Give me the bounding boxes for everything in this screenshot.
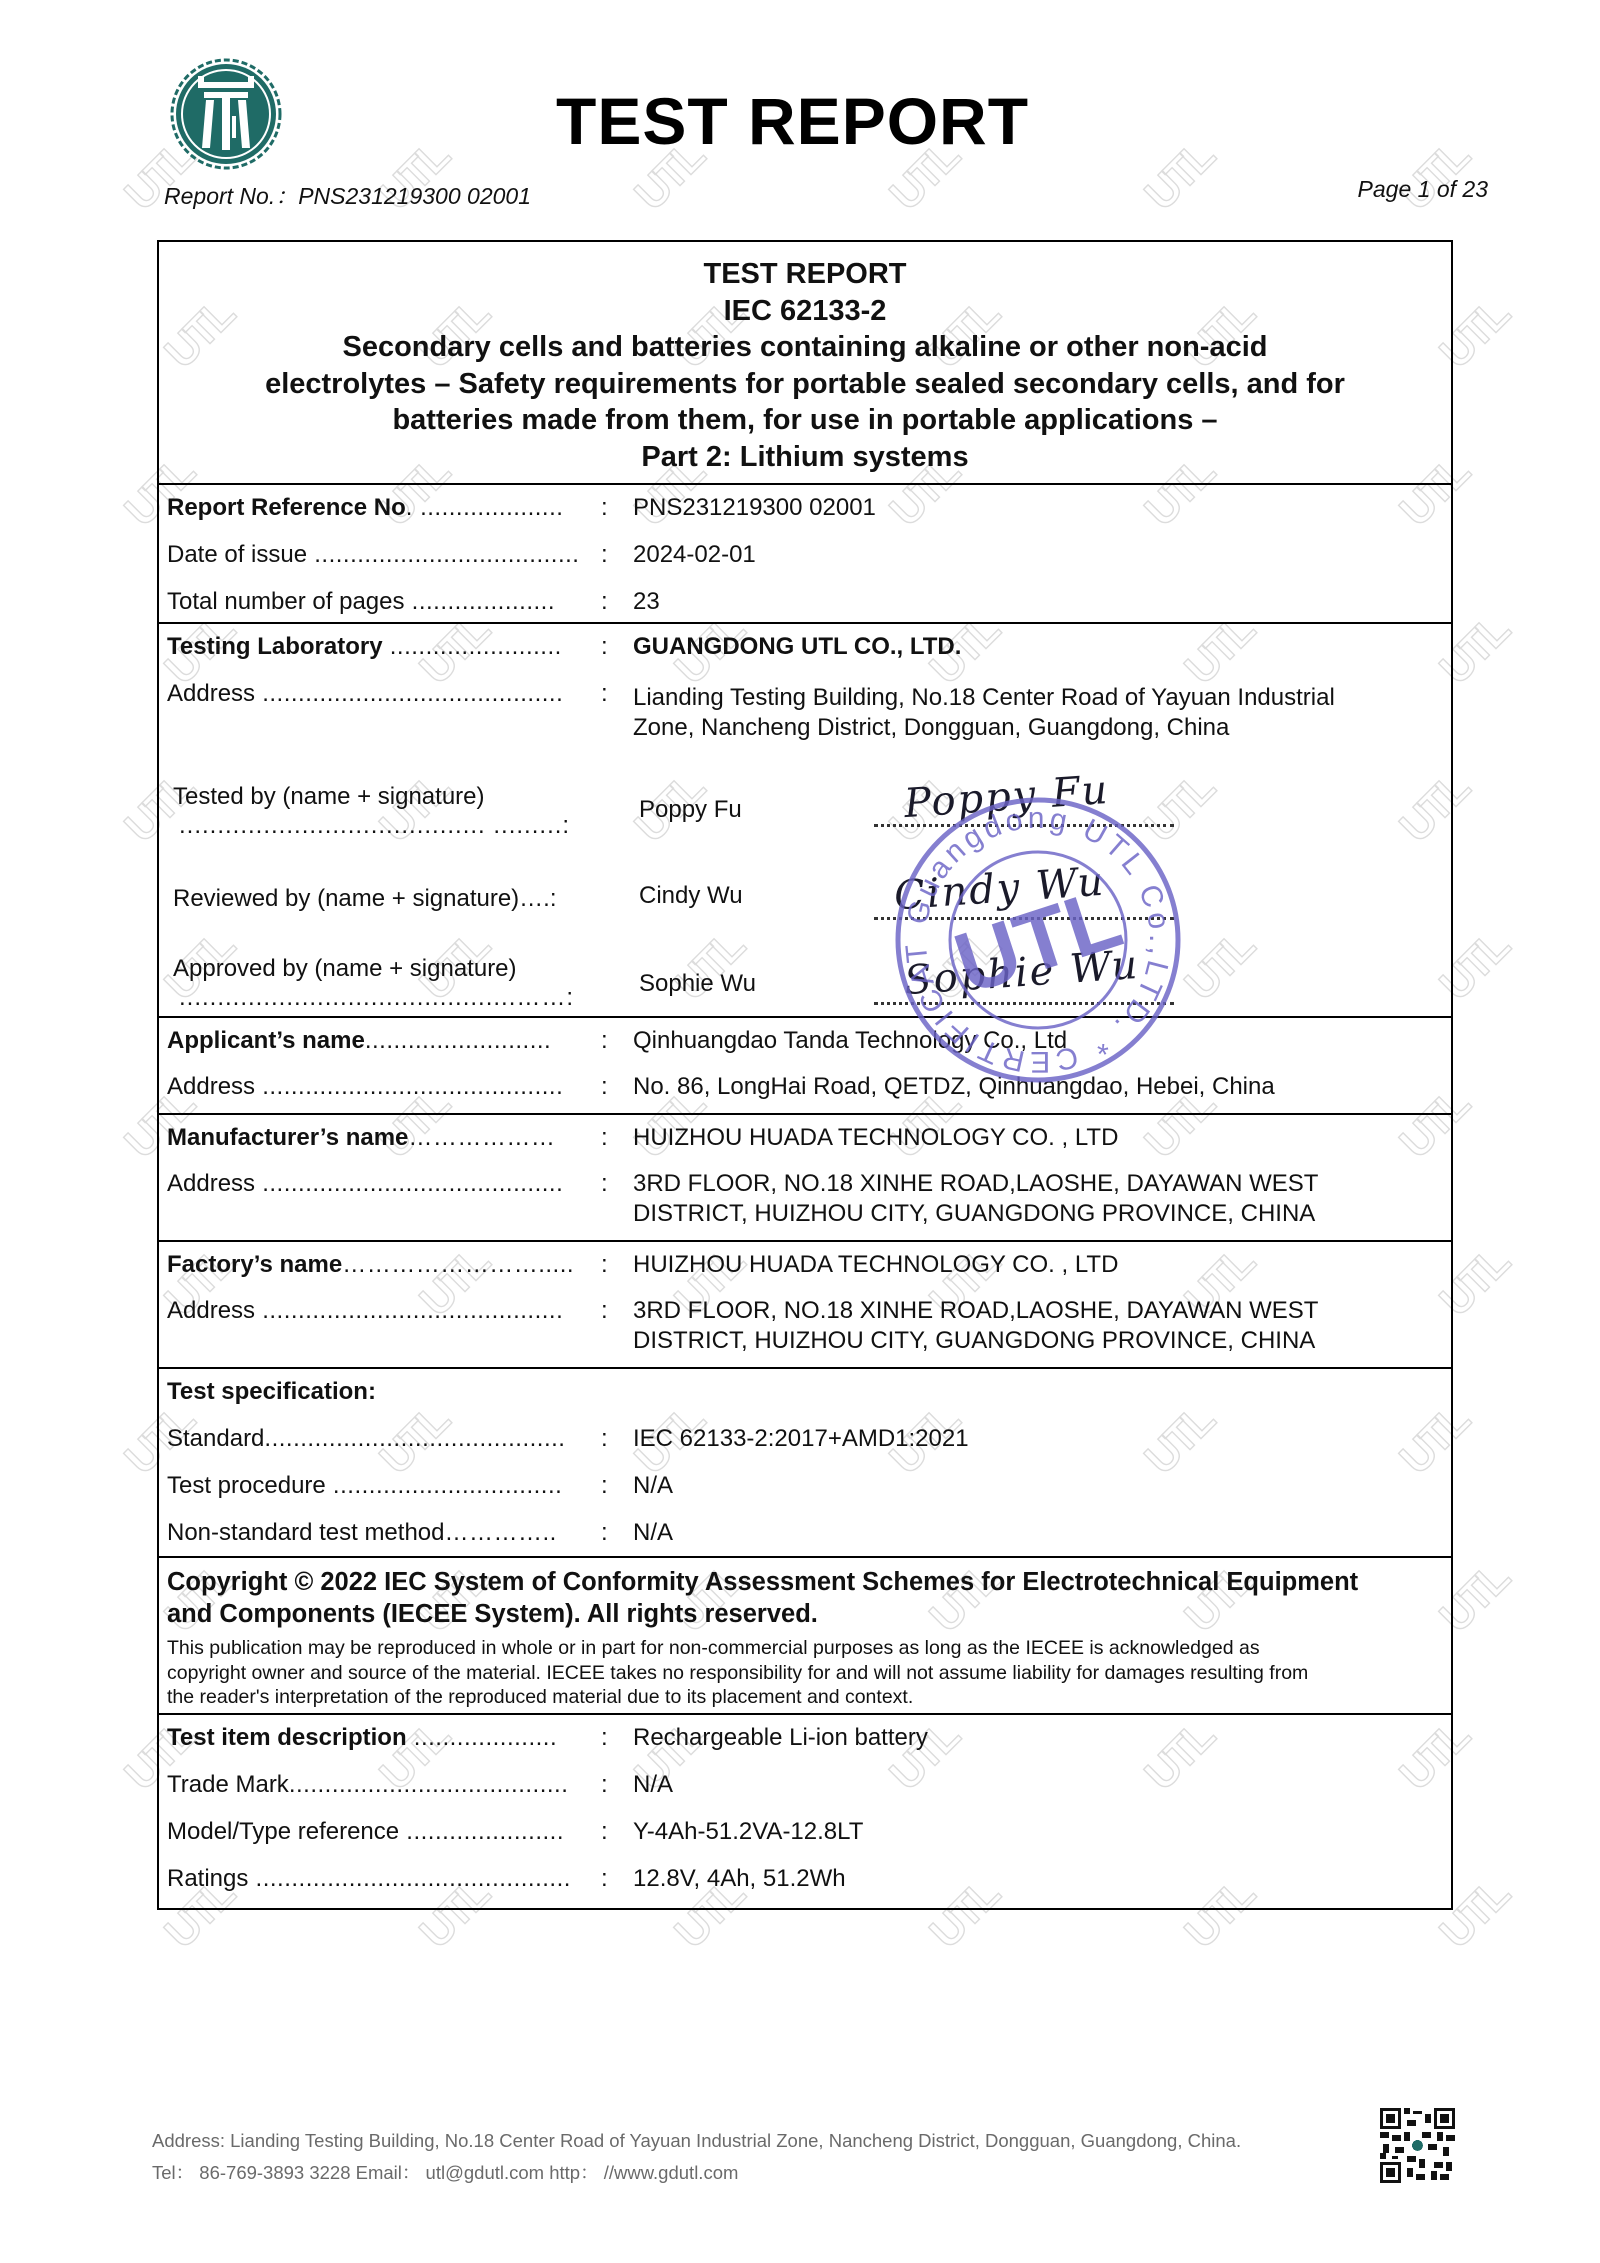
test-spec-heading: Test specification:	[167, 1377, 607, 1407]
field-label: Non-standard test method	[167, 1519, 445, 1546]
field-label: Address	[167, 1297, 255, 1324]
field-label: Date of issue	[167, 541, 307, 568]
field-label: Trade Mark	[167, 1771, 289, 1798]
report-number: Report No.：PNS231219300 02001	[164, 178, 531, 211]
lab-address-value: Lianding Testing Building, No.18 Center …	[633, 683, 1431, 743]
standard-title-block: TEST REPORT IEC 62133-2 Secondary cells …	[159, 242, 1451, 497]
copyright-body: This publication may be reproduced in wh…	[167, 1636, 1437, 1710]
field-label: Testing Laboratory	[167, 633, 383, 660]
lab-name-value: GUANGDONG UTL CO., LTD.	[633, 632, 1431, 662]
standard-title-line: Secondary cells and batteries containing…	[159, 329, 1451, 366]
reviewed-by-name: Cindy Wu	[639, 882, 743, 910]
reviewed-by-label: Reviewed by (name + signature)….:	[173, 884, 557, 914]
test-item-section: Test item description ..................…	[159, 1713, 1451, 1910]
total-pages-value: 23	[633, 587, 1431, 617]
page-footer: Address: Lianding Testing Building, No.1…	[152, 2125, 1241, 2189]
field-label: Address	[167, 1073, 255, 1100]
field-label: Standard	[167, 1425, 264, 1452]
report-cover-table: TEST REPORT IEC 62133-2 Secondary cells …	[157, 240, 1453, 1910]
field-label: Address	[167, 680, 255, 707]
factory-section: Factory’s name……………………..... : HUIZHOU HU…	[159, 1240, 1451, 1369]
field-label: Test item description	[167, 1724, 407, 1751]
factory-name-value: HUIZHOU HUADA TECHNOLOGY CO. , LTD	[633, 1250, 1431, 1280]
ratings-value: 12.8V, 4Ah, 51.2Wh	[633, 1864, 1431, 1894]
field-label: Manufacturer’s name	[167, 1124, 408, 1151]
model-reference-value: Y-4Ah-51.2VA-12.8LT	[633, 1817, 1431, 1847]
testing-laboratory-section: Testing Laboratory .....................…	[159, 622, 1451, 1018]
test-specification-section: Test specification: Standard............…	[159, 1367, 1451, 1558]
company-seal-stamp-icon: Guangdong UTL Co.,LTD. * CERTIFICATION *…	[888, 790, 1188, 1090]
standard-title-line: IEC 62133-2	[159, 293, 1451, 330]
standard-value: IEC 62133-2:2017+AMD1:2021	[633, 1424, 1431, 1454]
field-label: Ratings	[167, 1865, 248, 1892]
approved-by-name: Sophie Wu	[639, 970, 756, 998]
test-procedure-value: N/A	[633, 1471, 1431, 1501]
field-label: Report Reference No	[167, 494, 406, 521]
field-label: Factory’s name	[167, 1251, 342, 1278]
tested-by-name: Poppy Fu	[639, 796, 742, 824]
copyright-heading: Copyright © 2022 IEC System of Conformit…	[167, 1566, 1437, 1630]
manufacturer-section: Manufacturer’s name……………… : HUIZHOU HUAD…	[159, 1113, 1451, 1242]
report-number-label: Report No.：	[164, 183, 298, 209]
factory-address-value: 3RD FLOOR, NO.18 XINHE ROAD,LAOSHE, DAYA…	[633, 1296, 1431, 1356]
standard-title-line: Part 2: Lithium systems	[159, 439, 1451, 476]
standard-title-line: batteries made from them, for use in por…	[159, 402, 1451, 439]
utl-logo-icon	[166, 56, 288, 170]
watermark-logo: UTL	[1136, 136, 1235, 235]
applicant-section: Applicant’s name........................…	[159, 1016, 1451, 1115]
field-label: Address	[167, 1170, 255, 1197]
report-info-section: Report Reference No. ...................…	[159, 483, 1451, 624]
non-standard-method-value: N/A	[633, 1518, 1431, 1548]
date-of-issue-value: 2024-02-01	[633, 540, 1431, 570]
footer-address: Address: Lianding Testing Building, No.1…	[152, 2125, 1241, 2157]
field-label: Applicant’s name	[167, 1027, 365, 1054]
qr-code-icon	[1380, 2108, 1455, 2183]
field-label: Test procedure	[167, 1472, 326, 1499]
standard-title-line: electrolytes – Safety requirements for p…	[159, 366, 1451, 403]
report-number-value: PNS231219300 02001	[298, 183, 531, 209]
manufacturer-name-value: HUIZHOU HUADA TECHNOLOGY CO. , LTD	[633, 1123, 1431, 1153]
tested-by-dots: ........................................…	[179, 812, 570, 840]
approved-by-dots: ........................................…	[179, 984, 574, 1012]
test-item-description-value: Rechargeable Li-ion battery	[633, 1723, 1431, 1753]
copyright-section: Copyright © 2022 IEC System of Conformit…	[159, 1556, 1451, 1715]
manufacturer-address-value: 3RD FLOOR, NO.18 XINHE ROAD,LAOSHE, DAYA…	[633, 1169, 1431, 1229]
report-reference-value: PNS231219300 02001	[633, 493, 1431, 523]
approved-by-label: Approved by (name + signature)	[173, 954, 517, 984]
footer-contact: Tel： 86-769-3893 3228 Email： utl@gdutl.c…	[152, 2157, 1241, 2189]
page-indicator: Page 1 of 23	[1358, 176, 1488, 203]
tested-by-label: Tested by (name + signature)	[173, 782, 485, 812]
field-label: Model/Type reference	[167, 1818, 399, 1845]
standard-title-line: TEST REPORT	[159, 256, 1451, 293]
page-title: TEST REPORT	[556, 88, 1029, 154]
svg-text:UTL: UTL	[944, 869, 1133, 1012]
field-label: Total number of pages	[167, 588, 404, 615]
trade-mark-value: N/A	[633, 1770, 1431, 1800]
